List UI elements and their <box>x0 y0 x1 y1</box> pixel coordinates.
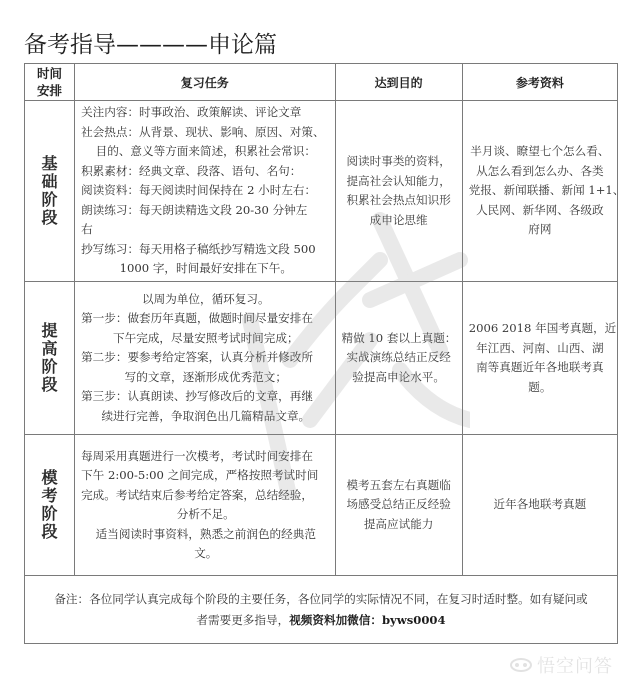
reference-lines: 近年各地联考真题 <box>463 495 617 515</box>
text-line: 提高应试能力 <box>342 515 456 535</box>
text-line: 实战演练总结正反经 <box>342 348 456 368</box>
reference-cell: 2006 2018 年国考真题，近年江西、河南、山西、湖南等真题近年各地联考真题… <box>462 282 617 435</box>
stage-label: 模考阶段 <box>41 469 59 541</box>
text-line: 党报、新闻联播、新闻 1+1、 <box>469 181 611 201</box>
header-time-line1: 时间 <box>25 65 74 82</box>
task-line: 下午完成，尽量安照考试时间完成； <box>81 329 330 349</box>
table-row: 基础阶段 关注内容：时事政治、政策解读、评论文章社会热点：从背景、现状、影响、原… <box>25 101 618 282</box>
header-goal: 达到目的 <box>335 64 462 101</box>
task-line: 每周采用真题进行一次模考，考试时间安排在 <box>81 447 330 467</box>
header-reference: 参考资料 <box>462 64 617 101</box>
goal-lines: 模考五套左右真题临场感受总结正反经验提高应试能力 <box>336 476 462 535</box>
task-line: 右 <box>81 220 330 240</box>
text-line: 年江西、河南、山西、湖 <box>469 339 611 359</box>
task-line: 关注内容：时事政治、政策解读、评论文章 <box>81 103 330 123</box>
task-line: 分析不足。 <box>81 505 330 525</box>
page-title: 备考指导————申论篇 <box>24 26 277 59</box>
task-lines: 每周采用真题进行一次模考，考试时间安排在下午 2:00-5:00 之间完成，严格… <box>75 447 334 564</box>
task-lines: 关注内容：时事政治、政策解读、评论文章社会热点：从背景、现状、影响、原因、对策、… <box>75 103 334 279</box>
task-line: 第三步：认真朗读、抄写修改后的文章，再继 <box>81 387 330 407</box>
study-plan-table: 时间 安排 复习任务 达到目的 参考资料 基础阶段 关注内容：时事政治、政策解读… <box>24 63 618 644</box>
text-line: 题。 <box>469 378 611 398</box>
wukong-watermark-text: 悟空问答 <box>537 652 613 678</box>
notes-cell: 备注：各位同学认真完成每个阶段的主要任务，各位同学的实际情况不同，在复习时适时整… <box>25 576 618 644</box>
wechat-contact: 视频资料加微信：byws0004 <box>289 613 445 627</box>
stage-label: 提高阶段 <box>41 322 59 394</box>
task-line: 抄写练习：每天用格子稿纸抄写精选文段 500 <box>81 240 330 260</box>
stage-cell: 模考阶段 <box>25 435 75 576</box>
wukong-logo-icon <box>510 657 532 673</box>
text-line: 近年各地联考真题 <box>469 495 611 515</box>
reference-cell: 半月谈、瞭望七个怎么看、从怎么看到怎么办、各类党报、新闻联播、新闻 1+1、人民… <box>462 101 617 282</box>
header-task: 复习任务 <box>75 64 335 101</box>
text-line: 验提高申论水平。 <box>342 368 456 388</box>
text-line: 南等真题近年各地联考真 <box>469 358 611 378</box>
task-line: 续进行完善，争取润色出几篇精品文章。 <box>81 407 330 427</box>
reference-cell: 近年各地联考真题 <box>462 435 617 576</box>
task-line: 以周为单位，循环复习。 <box>81 290 330 310</box>
task-line: 文。 <box>81 544 330 564</box>
task-line: 朗读练习：每天朗读精选文段 20-30 分钟左 <box>81 201 330 221</box>
task-line: 阅读资料：每天阅读时间保持在 2 小时左右： <box>81 181 330 201</box>
task-line: 积累素材：经典文章、段落、语句、名句： <box>81 162 330 182</box>
goal-cell: 阅读时事类的资料，提高社会认知能力，积累社会热点知识形成申论思维 <box>335 101 462 282</box>
task-line: 第一步：做套历年真题，做题时间尽量安排在 <box>81 309 330 329</box>
task-line: 目的、意义等方面来简述，积累社会常识： <box>81 142 330 162</box>
goal-lines: 阅读时事类的资料，提高社会认知能力，积累社会热点知识形成申论思维 <box>336 152 462 230</box>
reference-lines: 半月谈、瞭望七个怎么看、从怎么看到怎么办、各类党报、新闻联播、新闻 1+1、人民… <box>463 142 617 240</box>
text-line: 成申论思维 <box>342 211 456 231</box>
goal-cell: 模考五套左右真题临场感受总结正反经验提高应试能力 <box>335 435 462 576</box>
task-line: 下午 2:00-5:00 之间完成，严格按照考试时间 <box>81 466 330 486</box>
table-row: 提高阶段 以周为单位，循环复习。第一步：做套历年真题，做题时间尽量安排在下午完成… <box>25 282 618 435</box>
stage-label: 基础阶段 <box>41 155 59 227</box>
notes-row: 备注：各位同学认真完成每个阶段的主要任务，各位同学的实际情况不同，在复习时适时整… <box>25 576 618 644</box>
task-cell: 以周为单位，循环复习。第一步：做套历年真题，做题时间尽量安排在下午完成，尽量安照… <box>75 282 335 435</box>
goal-lines: 精做 10 套以上真题：实战演练总结正反经验提高申论水平。 <box>336 329 462 388</box>
text-line: 精做 10 套以上真题： <box>342 329 456 349</box>
wukong-watermark: 悟空问答 <box>510 652 613 678</box>
text-line: 府网 <box>469 220 611 240</box>
task-line: 1000 字，时间最好安排在下午。 <box>81 259 330 279</box>
notes-line-2: 者需要更多指导，视频资料加微信：byws0004 <box>25 610 617 631</box>
table-row: 模考阶段 每周采用真题进行一次模考，考试时间安排在下午 2:00-5:00 之间… <box>25 435 618 576</box>
stage-cell: 提高阶段 <box>25 282 75 435</box>
goal-cell: 精做 10 套以上真题：实战演练总结正反经验提高申论水平。 <box>335 282 462 435</box>
task-line: 写的文章，逐渐形成优秀范文； <box>81 368 330 388</box>
task-line: 社会热点：从背景、现状、影响、原因、对策、 <box>81 123 330 143</box>
header-time: 时间 安排 <box>25 64 75 101</box>
task-line: 完成。考试结束后参考给定答案，总结经验， <box>81 486 330 506</box>
text-line: 从怎么看到怎么办、各类 <box>469 162 611 182</box>
text-line: 人民网、新华网、各级政 <box>469 201 611 221</box>
text-line: 提高社会认知能力， <box>342 172 456 192</box>
text-line: 模考五套左右真题临 <box>342 476 456 496</box>
notes-line-2-text: 者需要更多指导， <box>196 613 289 627</box>
text-line: 半月谈、瞭望七个怎么看、 <box>469 142 611 162</box>
reference-lines: 2006 2018 年国考真题，近年江西、河南、山西、湖南等真题近年各地联考真题… <box>463 319 617 397</box>
text-line: 阅读时事类的资料， <box>342 152 456 172</box>
header-time-line2: 安排 <box>25 82 74 99</box>
task-lines: 以周为单位，循环复习。第一步：做套历年真题，做题时间尽量安排在下午完成，尽量安照… <box>75 290 334 427</box>
task-cell: 关注内容：时事政治、政策解读、评论文章社会热点：从背景、现状、影响、原因、对策、… <box>75 101 335 282</box>
notes-line-1: 备注：各位同学认真完成每个阶段的主要任务，各位同学的实际情况不同，在复习时适时整… <box>25 589 617 610</box>
stage-cell: 基础阶段 <box>25 101 75 282</box>
table-header-row: 时间 安排 复习任务 达到目的 参考资料 <box>25 64 618 101</box>
task-cell: 每周采用真题进行一次模考，考试时间安排在下午 2:00-5:00 之间完成，严格… <box>75 435 335 576</box>
text-line: 积累社会热点知识形 <box>342 191 456 211</box>
text-line: 场感受总结正反经验 <box>342 495 456 515</box>
text-line: 2006 2018 年国考真题，近 <box>469 319 611 339</box>
task-line: 适当阅读时事资料，熟悉之前润色的经典范 <box>81 525 330 545</box>
task-line: 第二步：要参考给定答案，认真分析并修改所 <box>81 348 330 368</box>
